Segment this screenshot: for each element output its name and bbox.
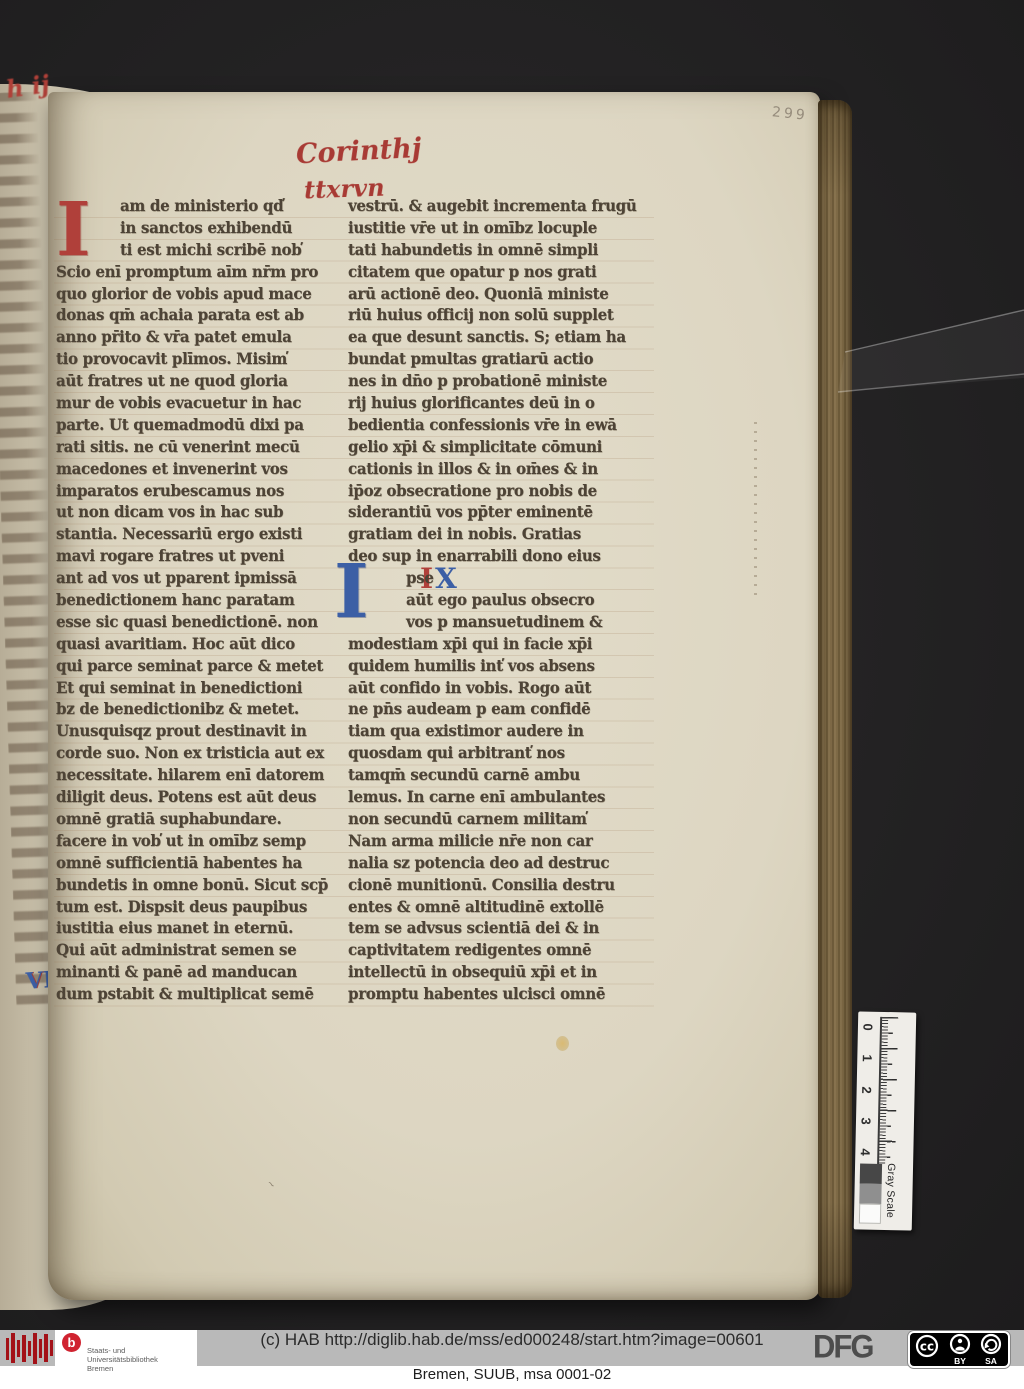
manuscript-line: arū actionē deo. Quoniā ministe (348, 283, 640, 306)
cc-by-label: BY (954, 1356, 966, 1366)
grayscale-card: 01234 Gray Scale (854, 1011, 917, 1230)
manuscript-line: ant ad vos ut pparent ipmissā (56, 568, 348, 591)
manuscript-line: bundat pmultas gratiarū actio (348, 349, 640, 372)
manuscript-line: captivitatem redigentes omnē (348, 940, 640, 963)
prick-marks (754, 422, 757, 602)
manuscript-line: vestrū. & augebit incrementa frugū (348, 196, 640, 219)
manuscript-line: Scio enī promptum aīm nr̄m pro (56, 261, 348, 284)
manuscript-line: mavi rogare fratres ut pveni (56, 546, 348, 569)
running-title-line1: Corinthj (295, 133, 422, 171)
manuscript-line: minanti & panē ad manducan (56, 962, 348, 985)
manuscript-line: iustitia eius manet in eternū. (56, 918, 348, 941)
manuscript-line: tiam qua existimor audere in (348, 721, 640, 744)
svg-text:cc: cc (920, 1340, 934, 1354)
manuscript-line: omnē gratiā suphabundare. (56, 808, 348, 831)
ruler-number: 1 (860, 1049, 875, 1067)
manuscript-line: tum est. Dispsit deus paupibus (56, 896, 348, 919)
manuscript-line: facere in vob̕ ut in omībz semp (56, 830, 348, 853)
manuscript-line: macedones et invenerint vos (56, 458, 348, 481)
grayscale-patches (859, 1163, 882, 1223)
manuscript-line: promptu habentes ulcisci omnē (348, 984, 640, 1007)
manuscript-line: riū huius officij non solū supplet (348, 305, 640, 328)
cc-license-badge: cc BY SA (908, 1331, 1010, 1368)
manuscript-line: ip̄oz obsecratione pro nobis de (348, 480, 640, 503)
text-column-2: vestrū. & augebit incrementa frugūiustit… (348, 196, 640, 1006)
manuscript-line: siderantiū vos pp̄ter eminentē (348, 502, 640, 525)
manuscript-line: anno pr̄ito & vr̄a patet emula (56, 327, 348, 350)
manuscript-line: donas qm̄ achaia parata est ab (56, 305, 348, 328)
gray-patch-dark (860, 1163, 882, 1183)
ruler-number: 4 (858, 1143, 873, 1161)
cc-by-sa-icons: cc BY SA (910, 1333, 1008, 1366)
gray-patch-mid (859, 1183, 881, 1203)
manuscript-line: bundetis in omne bonū. Sicut scp̄ (56, 874, 348, 897)
manuscript-line: non secundū carnem militam̕ (348, 808, 640, 831)
manuscript-line: rati sitis. ne cū venerint mecū (56, 436, 348, 459)
wax-stain (556, 1036, 569, 1051)
manuscript-page: Corinthj ttxrvn 299 I am de ministerio q… (48, 92, 820, 1300)
manuscript-line: aūt fratres ut ne quod gloria (56, 371, 348, 394)
manuscript-line: aūt confido in vobis. Rogo aūt (348, 677, 640, 700)
facing-page-signature: h ij (4, 69, 51, 104)
footer-bar: b Staats- undUniversitätsbibliothekBreme… (0, 1330, 1024, 1389)
manuscript-line: tem se advsus scientiā dei & in (348, 918, 640, 941)
manuscript-line: bz de benedictionibz & metet. (56, 699, 348, 722)
manuscript-line: am de ministerio qd̕ (120, 196, 348, 219)
manuscript-line: benedictionem hanc paratam (56, 590, 348, 613)
cc-sa-label: SA (985, 1356, 997, 1366)
manuscript-line: nes in dn̄o p probationē ministe (348, 371, 640, 394)
manuscript-line: Unusquisqz prout destinavit in (56, 721, 348, 744)
manuscript-photo: h ij VI Corinthj ttxrvn 299 I am de mini… (0, 0, 1024, 1330)
manuscript-line: vos p mansuetudinem & (406, 611, 640, 634)
manuscript-line: lemus. In carne enī ambulantes (348, 787, 640, 810)
manuscript-line: parte. Ut quemadmodū dixi pa (56, 414, 348, 437)
manuscript-line: cionē munitionū. Consilia destru (348, 874, 640, 897)
manuscript-line: tati habundetis in omnē simpli (348, 239, 640, 262)
margin-blemish: ~ (264, 1177, 290, 1202)
manuscript-line: quidem humilis int̕ vos absens (348, 655, 640, 678)
manuscript-line: omnē sufficientiā habentes ha (56, 852, 348, 875)
page-number-pencil: 299 (771, 104, 808, 124)
shelfmark: Bremen, SUUB, msa 0001-02 (0, 1366, 1024, 1389)
book-fore-edge (818, 100, 852, 1298)
manuscript-line: quo glorior de vobis apud mace (56, 283, 348, 306)
manuscript-line: gelio xp̄i & simplicitate cōmuni (348, 436, 640, 459)
manuscript-line: esse sic quasi benedictionē. non (56, 611, 348, 634)
dfg-logo: DFG (813, 1328, 872, 1366)
text-column-1: am de ministerio qd̕in sanctos exhibendū… (56, 196, 348, 1006)
ruler-number: 3 (858, 1112, 873, 1130)
manuscript-line: ti est michi scribē nob̕ (120, 239, 348, 262)
manuscript-line: cationis in illos & in om̄es & in (348, 458, 640, 481)
manuscript-line: Qui aūt administrat semen se (56, 940, 348, 963)
manuscript-line: nalia sz potencia deo ad destruc (348, 852, 640, 875)
manuscript-line: quasi avaritiam. Hoc aūt dico (56, 633, 348, 656)
manuscript-line: entes & omnē altitudinē extollē (348, 896, 640, 919)
manuscript-line: necessitate. hilarem enī datorem (56, 765, 348, 788)
manuscript-line: tamqm̄ secundū carnē ambu (348, 765, 640, 788)
manuscript-line: quosdam qui arbitrant̕ nos (348, 743, 640, 766)
manuscript-line: ut non dicam vos in hac sub (56, 502, 348, 525)
ruler-number: 0 (860, 1018, 875, 1036)
manuscript-line: imparatos erubescamus nos (56, 480, 348, 503)
manuscript-line: stantia. Necessariū ergo existi (56, 524, 348, 547)
manuscript-line: rij huius glorificantes deū in o (348, 393, 640, 416)
manuscript-line: in sanctos exhibendū (120, 217, 348, 240)
grayscale-card-title: Gray Scale (884, 1163, 897, 1227)
manuscript-line: ea que desunt sanctis. S; etiam ha (348, 327, 640, 350)
grayscale-ruler-numbers: 01234 (856, 1019, 877, 1159)
manuscript-line: Et qui seminat in benedictioni (56, 677, 348, 700)
manuscript-line: diligit deus. Potens est aūt deus (56, 787, 348, 810)
gray-patch-light (859, 1203, 881, 1223)
manuscript-line: dum pstabit & multiplicat semē (56, 984, 348, 1007)
manuscript-line: bedientia confessionis vr̄e in ewā (348, 414, 640, 437)
grayscale-ruler-ticks (877, 1017, 899, 1165)
manuscript-line: qui parce seminat parce & metet (56, 655, 348, 678)
manuscript-line: ne pn̄s audeam p eam confidē (348, 699, 640, 722)
manuscript-line: intellectū in obsequiū xp̄i et in (348, 962, 640, 985)
ruler-number: 2 (859, 1080, 874, 1098)
manuscript-line: tio provocavit plīmos. Misim̕ (56, 349, 348, 372)
manuscript-line: Nam arma milicie nr̄e non car (348, 830, 640, 853)
manuscript-line: mur de vobis evacuetur in hac (56, 393, 348, 416)
manuscript-line: aūt ego paulus obsecro (406, 590, 640, 613)
manuscript-line: deo sup in enarrabili dono eius (348, 546, 640, 569)
manuscript-line: gratiam dei in nobis. Gratias (348, 524, 640, 547)
manuscript-line: pse (406, 568, 640, 591)
manuscript-line: iustitie vr̄e ut in omībz locuple (348, 217, 640, 240)
manuscript-line: modestiam xp̄i qui in facie xp̄i (348, 633, 640, 656)
manuscript-line: citatem que opatur p nos grati (348, 261, 640, 284)
manuscript-line: corde suo. Non ex tristicia aut ex (56, 743, 348, 766)
